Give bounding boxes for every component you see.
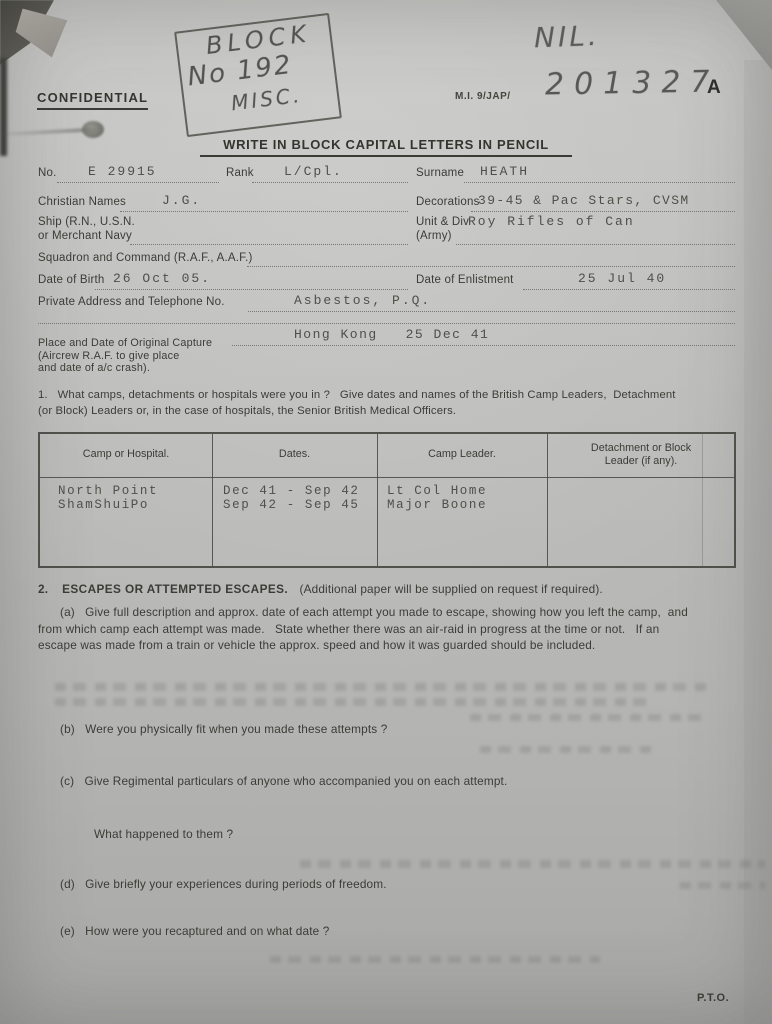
item-c-followup-text: What happened to them ? (94, 826, 233, 843)
question-1-text: 1. What camps, detachments or hospitals … (38, 388, 740, 420)
field-christian-names-label: Christian Names (38, 196, 126, 208)
section-2-title: ESCAPES OR ATTEMPTED ESCAPES. (62, 582, 288, 596)
fill-line (120, 210, 408, 212)
table-row-dates: Sep 42 - Sep 45 (223, 498, 360, 512)
item-d-text: (d) Give briefly your experiences during… (60, 876, 387, 893)
bleed-through-ghost (470, 714, 705, 721)
item-c-text: (c) Give Regimental particulars of anyon… (60, 773, 507, 790)
table-row-leader: Major Boone (387, 498, 487, 512)
field-address-value: Asbestos, P.Q. (294, 293, 431, 308)
fill-line (95, 288, 408, 290)
field-christian-names-value: J.G. (162, 193, 201, 208)
field-capture-value: Hong Kong 25 Dec 41 (294, 327, 489, 342)
field-no-value: E 29915 (88, 164, 157, 179)
item-b-text: (b) Were you physically fit when you mad… (60, 721, 387, 738)
table-header-detachment: Detachment or Block Leader (if any). (547, 442, 735, 469)
pin-mark-blob (82, 121, 104, 138)
field-squadron-label: Squadron and Command (R.A.F., A.A.F.) (38, 252, 253, 264)
field-dob-value: 26 Oct 05. (113, 271, 211, 286)
right-margin-shade (744, 60, 772, 1024)
confidential-label: CONFIDENTIAL (37, 90, 148, 110)
field-dob-label: Date of Birth (38, 274, 105, 286)
table-header-dates: Dates. (212, 448, 377, 461)
table-row-dates: Dec 41 - Sep 42 (223, 484, 360, 498)
field-unit-label: Unit & Div (416, 216, 469, 228)
table-header-divider (40, 477, 734, 478)
field-no-label: No. (38, 167, 57, 179)
field-rank-value: L/Cpl. (284, 164, 343, 179)
table-row-leader: Lt Col Home (387, 484, 487, 498)
fill-line (232, 344, 735, 346)
fill-line (130, 243, 408, 245)
item-a-text: (a) Give full description and approx. da… (38, 604, 742, 654)
scanned-pow-questionnaire: CONFIDENTIAL BLOCK No 192 MISC. NIL. M.I… (0, 0, 772, 1024)
file-reference-prefix: M.I. 9/JAP/ (455, 91, 511, 102)
fill-line (471, 210, 735, 212)
field-decorations-value: 39-45 & Pac Stars, CVSM (478, 193, 690, 208)
field-address-label: Private Address and Telephone No. (38, 296, 225, 308)
field-enlistment-label: Date of Enlistment (416, 274, 514, 286)
fill-line-full (38, 322, 735, 324)
nil-annotation: NIL. (533, 19, 600, 54)
pto-label: P.T.O. (697, 992, 729, 1004)
field-capture-label: Place and Date of Original Capture (Airc… (38, 337, 212, 375)
section-2-number: 2. (38, 582, 48, 596)
camps-table: Camp or Hospital. Dates. Camp Leader. De… (38, 432, 736, 568)
block-stamp: BLOCK No 192 MISC. (174, 13, 342, 137)
field-surname-value: HEATH (480, 164, 529, 179)
table-header-leader: Camp Leader. (377, 448, 547, 461)
file-reference-number: 201327 (545, 64, 720, 102)
bleed-through-ghost (300, 860, 765, 868)
fill-line (523, 288, 735, 290)
table-header-camp: Camp or Hospital. (40, 448, 212, 461)
fill-line (252, 181, 408, 183)
torn-corner-fold (14, 4, 100, 62)
bleed-through-ghost (55, 683, 710, 691)
table-row-camp: North Point (58, 484, 158, 498)
field-decorations-label: Decorations (416, 196, 480, 208)
field-unit-value: Roy Rifles of Can (468, 214, 635, 229)
fill-line (456, 243, 735, 245)
page-edge-dark-strip (0, 58, 7, 156)
item-e-text: (e) How were you recaptured and on what … (60, 923, 330, 940)
stamp-line-misc: MISC. (230, 83, 304, 115)
form-instruction-heading: WRITE IN BLOCK CAPITAL LETTERS IN PENCIL (200, 137, 572, 157)
fill-line (464, 181, 735, 183)
field-ship-label: Ship (R.N., U.S.N. or Merchant Navy (38, 216, 135, 244)
field-enlistment-value: 25 Jul 40 (578, 271, 666, 286)
file-reference-letter: A (707, 77, 721, 99)
fill-line (57, 181, 219, 183)
section-2-heading: 2.ESCAPES OR ATTEMPTED ESCAPES. (Additio… (38, 581, 740, 598)
field-surname-label: Surname (416, 167, 464, 179)
field-rank-label: Rank (226, 167, 254, 179)
section-2-note: (Additional paper will be supplied on re… (300, 582, 603, 596)
bleed-through-ghost (55, 698, 655, 706)
fill-line (247, 265, 735, 267)
bleed-through-ghost (480, 746, 655, 753)
fill-line (248, 310, 735, 312)
pin-mark-line (0, 128, 94, 137)
bleed-through-ghost (680, 882, 765, 889)
table-row-camp: ShamShuiPo (58, 498, 149, 512)
bleed-through-ghost (270, 956, 600, 963)
field-unit-label2: (Army) (416, 230, 452, 242)
